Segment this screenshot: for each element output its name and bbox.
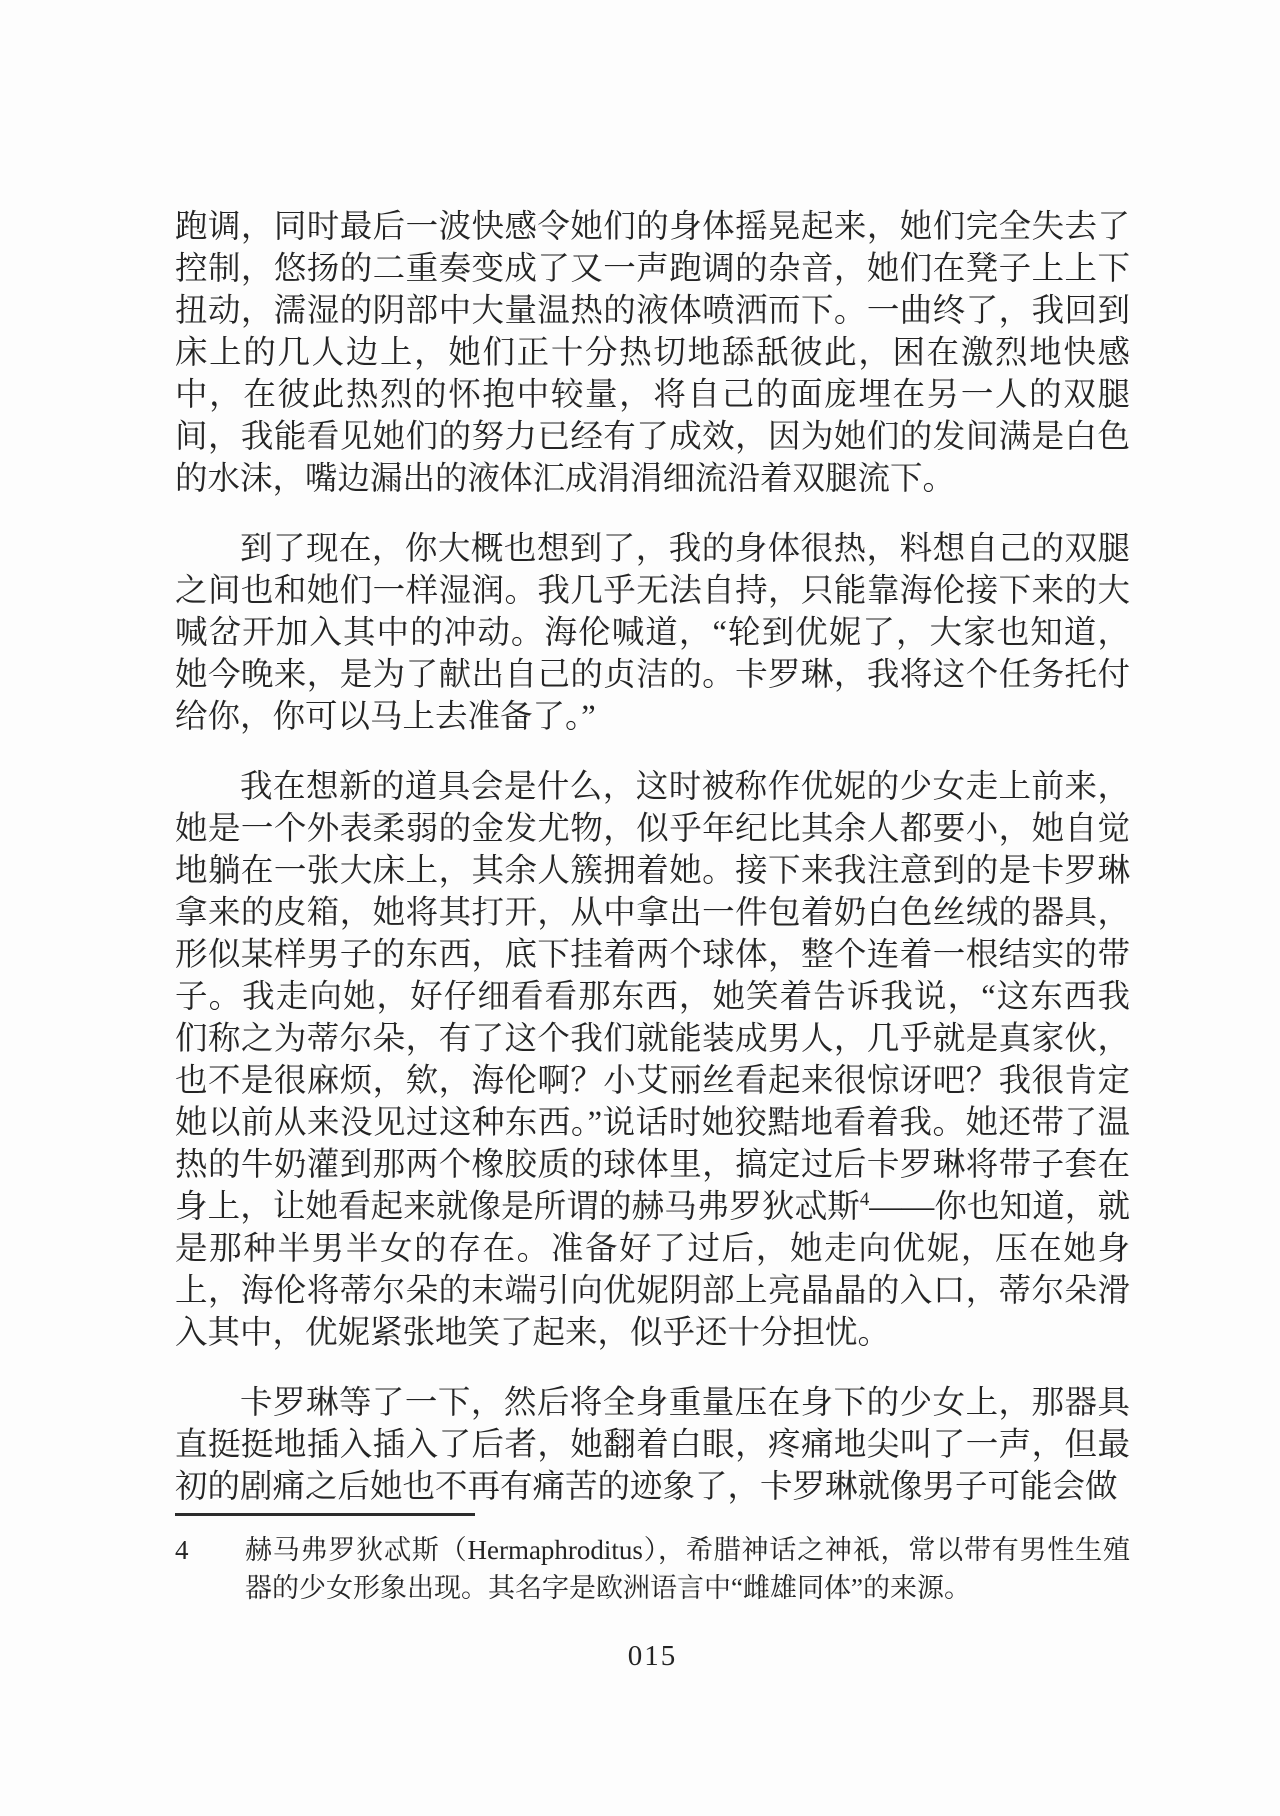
book-page: 跑调，同时最后一波快感令她们的身体摇晃起来，她们完全失去了控制，悠扬的二重奏变成…: [0, 0, 1280, 1816]
footnote-section: 4 赫马弗罗狄忒斯（Hermaphroditus），希腊神话之神祇，常以带有男性…: [175, 1513, 1130, 1607]
footnote-reference-mark: 4: [860, 1189, 869, 1210]
page-text-block: 跑调，同时最后一波快感令她们的身体摇晃起来，她们完全失去了控制，悠扬的二重奏变成…: [175, 206, 1130, 1536]
footnote-separator-rule: [175, 1513, 475, 1516]
footnote: 4 赫马弗罗狄忒斯（Hermaphroditus），希腊神话之神祇，常以带有男性…: [175, 1531, 1130, 1607]
paragraph-1: 跑调，同时最后一波快感令她们的身体摇晃起来，她们完全失去了控制，悠扬的二重奏变成…: [175, 206, 1130, 500]
page-number: 015: [175, 1640, 1130, 1673]
paragraph-4: 卡罗琳等了一下，然后将全身重量压在身下的少女上，那器具直挺挺地插入插入了后者，她…: [175, 1382, 1130, 1508]
footnote-number: 4: [175, 1531, 245, 1607]
paragraph-2: 到了现在，你大概也想到了，我的身体很热，料想自己的双腿之间也和她们一样湿润。我几…: [175, 528, 1130, 738]
paragraph-3-text-before-ref: 我在想新的道具会是什么，这时被称作优妮的少女走上前来，她是一个外表柔弱的金发尤物…: [175, 769, 1130, 1225]
paragraph-3: 我在想新的道具会是什么，这时被称作优妮的少女走上前来，她是一个外表柔弱的金发尤物…: [175, 766, 1130, 1354]
footnote-text: 赫马弗罗狄忒斯（Hermaphroditus），希腊神话之神祇，常以带有男性生殖…: [245, 1531, 1130, 1607]
